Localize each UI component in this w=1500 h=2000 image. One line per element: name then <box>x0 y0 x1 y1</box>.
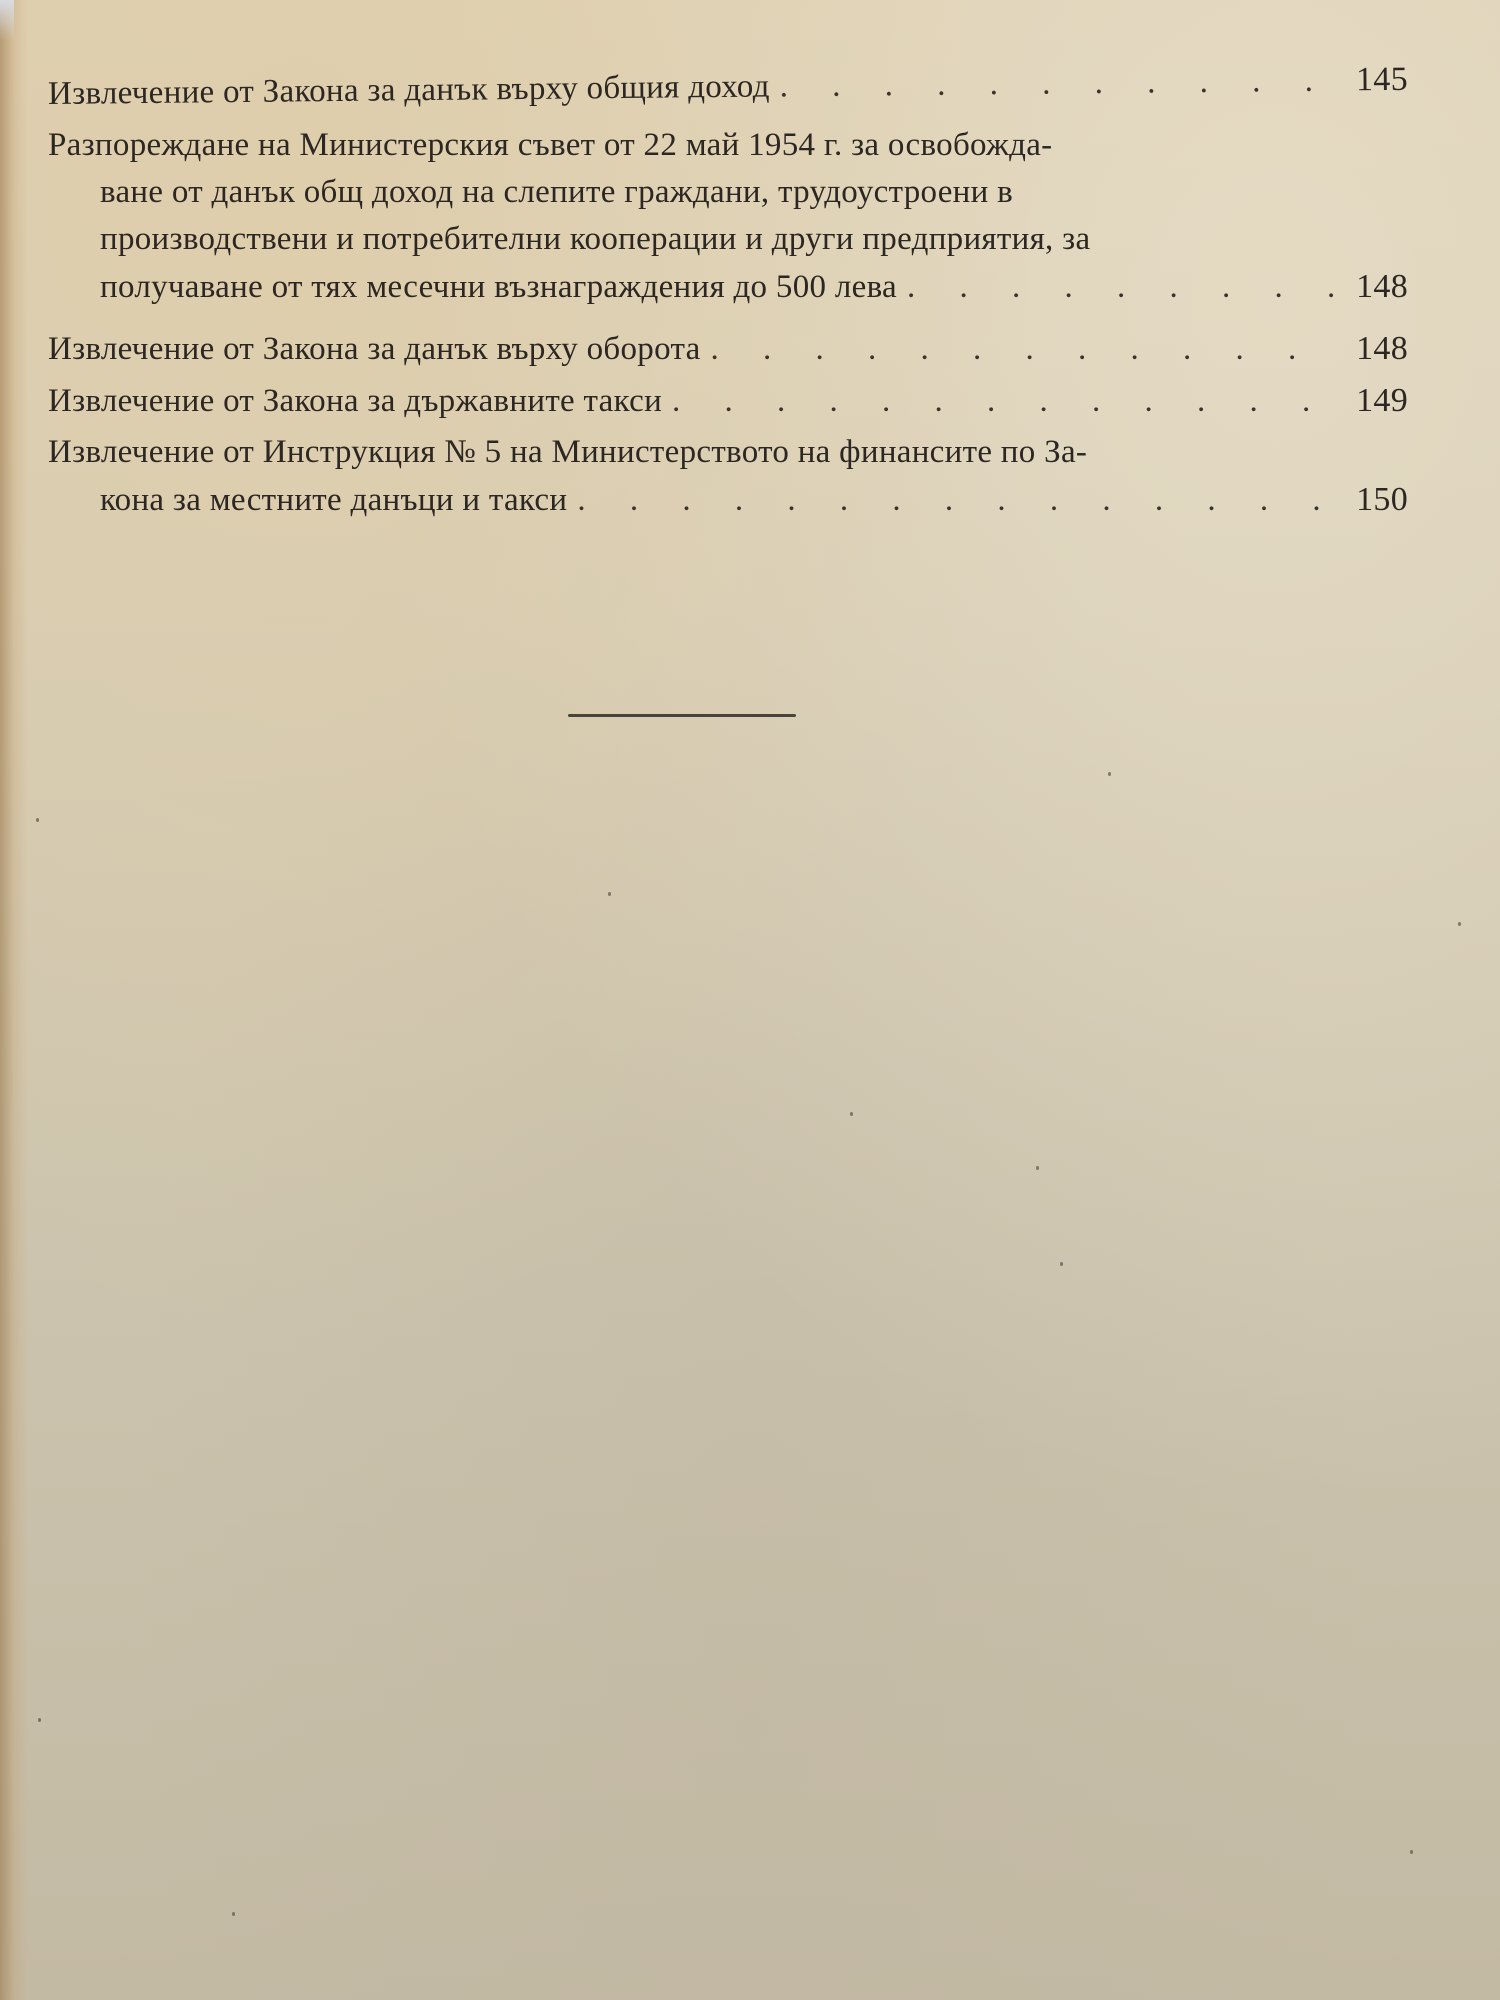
paper-speck <box>38 1718 41 1722</box>
paper-speck <box>850 1112 853 1116</box>
paper-speck <box>1108 772 1111 776</box>
book-page: Извлечение от Закона за данък върху общи… <box>0 0 1500 2000</box>
toc-entry-title: Разпореждане на Министерския съвет от 22… <box>48 122 1052 169</box>
paper-speck <box>36 818 39 822</box>
dot-leader: . . . . . . . . . . . . . . . . . . . . … <box>769 57 1342 110</box>
section-divider-rule <box>568 714 796 717</box>
toc-entry[interactable]: Разпореждане на Министерския съвет от 22… <box>48 122 1408 311</box>
paper-speck <box>1036 1166 1039 1170</box>
paper-speck <box>1410 1850 1413 1854</box>
toc-entry[interactable]: Извлечение от Закона за данък върху общи… <box>48 70 1408 118</box>
toc-entry[interactable]: Извлечение от Закона за данък върху обор… <box>48 325 1408 373</box>
toc-entry[interactable]: Извлечение от Инструкция № 5 на Министер… <box>48 429 1408 524</box>
toc-entry[interactable]: Извлечение от Закона за държавните такси… <box>48 377 1408 425</box>
toc-page-number: 149 <box>1342 377 1408 424</box>
toc-entry-title-continued: ване от данък общ доход на слепите гражд… <box>100 169 1013 216</box>
toc-entry-title: Извлечение от Инструкция № 5 на Министер… <box>48 429 1087 476</box>
toc-entry-title-continued: получаване от тях месечни възнаграждения… <box>100 264 897 311</box>
toc-page-number: 150 <box>1342 476 1408 523</box>
paper-speck <box>608 892 611 896</box>
toc-entry-title: Извлечение от Закона за държавните такси <box>48 378 662 425</box>
dot-leader: . . . . . . . . . . . . . . . . . . . . … <box>897 264 1342 311</box>
dot-leader: . . . . . . . . . . . . . . . . . . . . … <box>701 326 1343 373</box>
paper-speck <box>1060 1262 1063 1266</box>
toc-entry-title-continued: кона за местните данъци и такси <box>100 477 567 524</box>
page-corner-background <box>0 0 14 40</box>
dot-leader: . . . . . . . . . . . . . . . . . . . . … <box>567 477 1342 524</box>
toc-entry-title-continued: производствени и потребителни кооперации… <box>100 216 1090 263</box>
page-gutter-shadow <box>0 0 28 2000</box>
toc-page-number: 145 <box>1342 56 1408 104</box>
toc-entry-title: Извлечение от Закона за данък върху обор… <box>48 326 701 373</box>
paper-speck <box>232 1912 235 1916</box>
paper-speck <box>1458 922 1461 926</box>
table-of-contents: Извлечение от Закона за данък върху общи… <box>48 70 1408 528</box>
toc-page-number: 148 <box>1342 263 1408 310</box>
toc-entry-title: Извлечение от Закона за данък върху общи… <box>48 63 770 118</box>
toc-page-number: 148 <box>1342 325 1408 372</box>
dot-leader: . . . . . . . . . . . . . . . . . . . . … <box>662 378 1342 425</box>
